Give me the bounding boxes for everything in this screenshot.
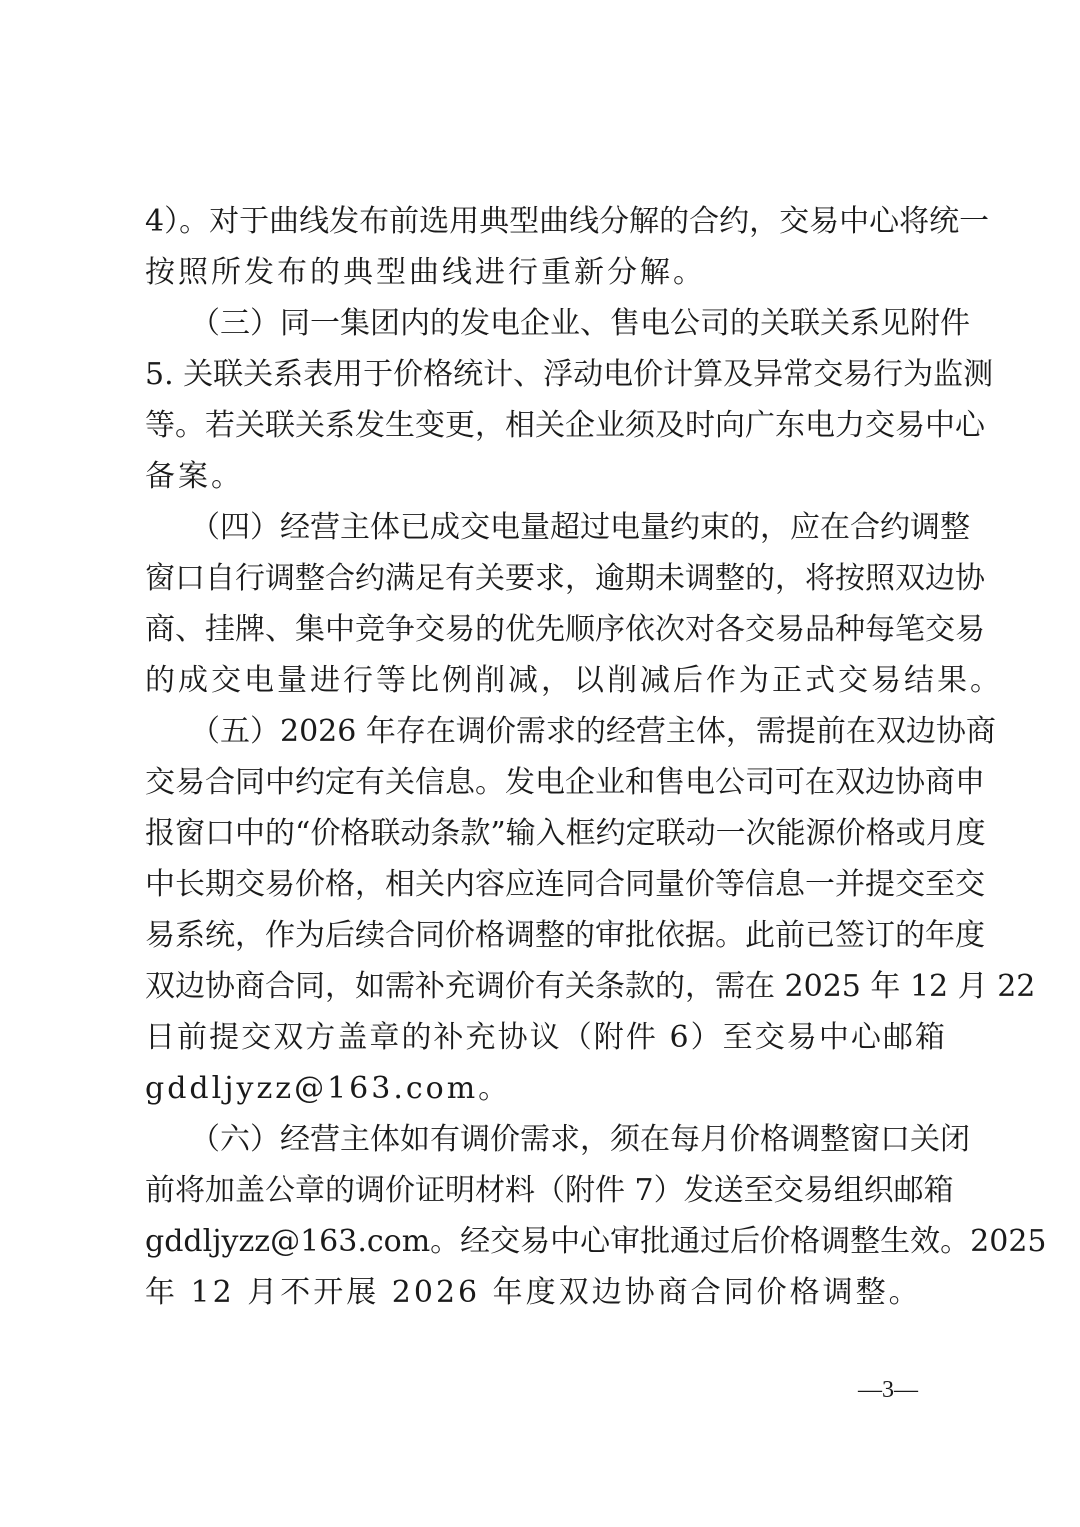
line-text: 商、挂牌、集中竞争交易的优先顺序依次对各交易品种每笔交易 <box>145 604 945 655</box>
text-line: 5. 关联关系表用于价格统计、浮动电价计算及异常交易行为监测 <box>145 349 945 400</box>
text-line: 按照所发布的典型曲线进行重新分解。 <box>145 247 945 298</box>
text-line: 商、挂牌、集中竞争交易的优先顺序依次对各交易品种每笔交易 <box>145 604 945 655</box>
line-text: 前将加盖公章的调价证明材料（附件 7）发送至交易组织邮箱 <box>145 1165 945 1216</box>
line-text: 交易合同中约定有关信息。发电企业和售电公司可在双边协商申 <box>145 757 945 808</box>
text-line: 前将加盖公章的调价证明材料（附件 7）发送至交易组织邮箱 <box>145 1165 945 1216</box>
text-line: gddljyzz@163.com。经交易中心审批通过后价格调整生效。2025 <box>145 1216 945 1267</box>
line-text: 双边协商合同，如需补充调价有关条款的，需在 2025 年 12 月 22 <box>145 961 945 1012</box>
line-text: 年 12 月不开展 2026 年度双边协商合同价格调整。 <box>145 1267 945 1318</box>
text-line: 报窗口中的“价格联动条款”输入框约定联动一次能源价格或月度 <box>145 808 945 859</box>
text-line: 4）。对于曲线发布前选用典型曲线分解的合约，交易中心将统一 <box>145 196 945 247</box>
text-line: 中长期交易价格，相关内容应连同合同量价等信息一并提交至交 <box>145 859 945 910</box>
page-number: —3— <box>858 1377 918 1404</box>
text-line: 日前提交双方盖章的补充协议（附件 6）至交易中心邮箱 <box>145 1012 945 1063</box>
line-text: 4）。对于曲线发布前选用典型曲线分解的合约，交易中心将统一 <box>145 196 945 247</box>
text-line: 交易合同中约定有关信息。发电企业和售电公司可在双边协商申 <box>145 757 945 808</box>
section-5-heading-line: （五）2026 年存在调价需求的经营主体，需提前在双边协商 <box>145 706 945 757</box>
line-text: gddljyzz@163.com。经交易中心审批通过后价格调整生效。2025 <box>145 1216 945 1267</box>
text-line: 窗口自行调整合约满足有关要求，逾期未调整的，将按照双边协 <box>145 553 945 604</box>
text-line: 双边协商合同，如需补充调价有关条款的，需在 2025 年 12 月 22 <box>145 961 945 1012</box>
text-line: 的成交电量进行等比例削减，以削减后作为正式交易结果。 <box>145 655 945 706</box>
line-text: （六）经营主体如有调价需求，须在每月价格调整窗口关闭 <box>145 1114 945 1165</box>
text-line: 易系统，作为后续合同价格调整的审批依据。此前已签订的年度 <box>145 910 945 961</box>
section-3-heading-line: （三）同一集团内的发电企业、售电公司的关联关系见附件 <box>145 298 945 349</box>
line-text: gddljyzz@163.com。 <box>145 1063 945 1114</box>
text-line: 备案。 <box>145 451 945 502</box>
line-text: 备案。 <box>145 451 945 502</box>
section-4-heading-line: （四）经营主体已成交电量超过电量约束的，应在合约调整 <box>145 502 945 553</box>
line-text: 日前提交双方盖章的补充协议（附件 6）至交易中心邮箱 <box>145 1012 945 1063</box>
text-line: 年 12 月不开展 2026 年度双边协商合同价格调整。 <box>145 1267 945 1318</box>
line-text: 窗口自行调整合约满足有关要求，逾期未调整的，将按照双边协 <box>145 553 945 604</box>
line-text: （三）同一集团内的发电企业、售电公司的关联关系见附件 <box>145 298 945 349</box>
line-text: 的成交电量进行等比例削减，以削减后作为正式交易结果。 <box>145 655 945 706</box>
line-text: 等。若关联关系发生变更，相关企业须及时向广东电力交易中心 <box>145 400 945 451</box>
line-text: 中长期交易价格，相关内容应连同合同量价等信息一并提交至交 <box>145 859 945 910</box>
line-text: 报窗口中的“价格联动条款”输入框约定联动一次能源价格或月度 <box>145 808 945 859</box>
section-6-heading-line: （六）经营主体如有调价需求，须在每月价格调整窗口关闭 <box>145 1114 945 1165</box>
text-line: 等。若关联关系发生变更，相关企业须及时向广东电力交易中心 <box>145 400 945 451</box>
line-text: （四）经营主体已成交电量超过电量约束的，应在合约调整 <box>145 502 945 553</box>
line-text: 易系统，作为后续合同价格调整的审批依据。此前已签订的年度 <box>145 910 945 961</box>
email-line: gddljyzz@163.com。 <box>145 1063 945 1114</box>
line-text: （五）2026 年存在调价需求的经营主体，需提前在双边协商 <box>145 706 945 757</box>
line-text: 按照所发布的典型曲线进行重新分解。 <box>145 247 945 298</box>
document-body: 4）。对于曲线发布前选用典型曲线分解的合约，交易中心将统一 按照所发布的典型曲线… <box>145 196 945 1318</box>
line-text: 5. 关联关系表用于价格统计、浮动电价计算及异常交易行为监测 <box>145 349 945 400</box>
